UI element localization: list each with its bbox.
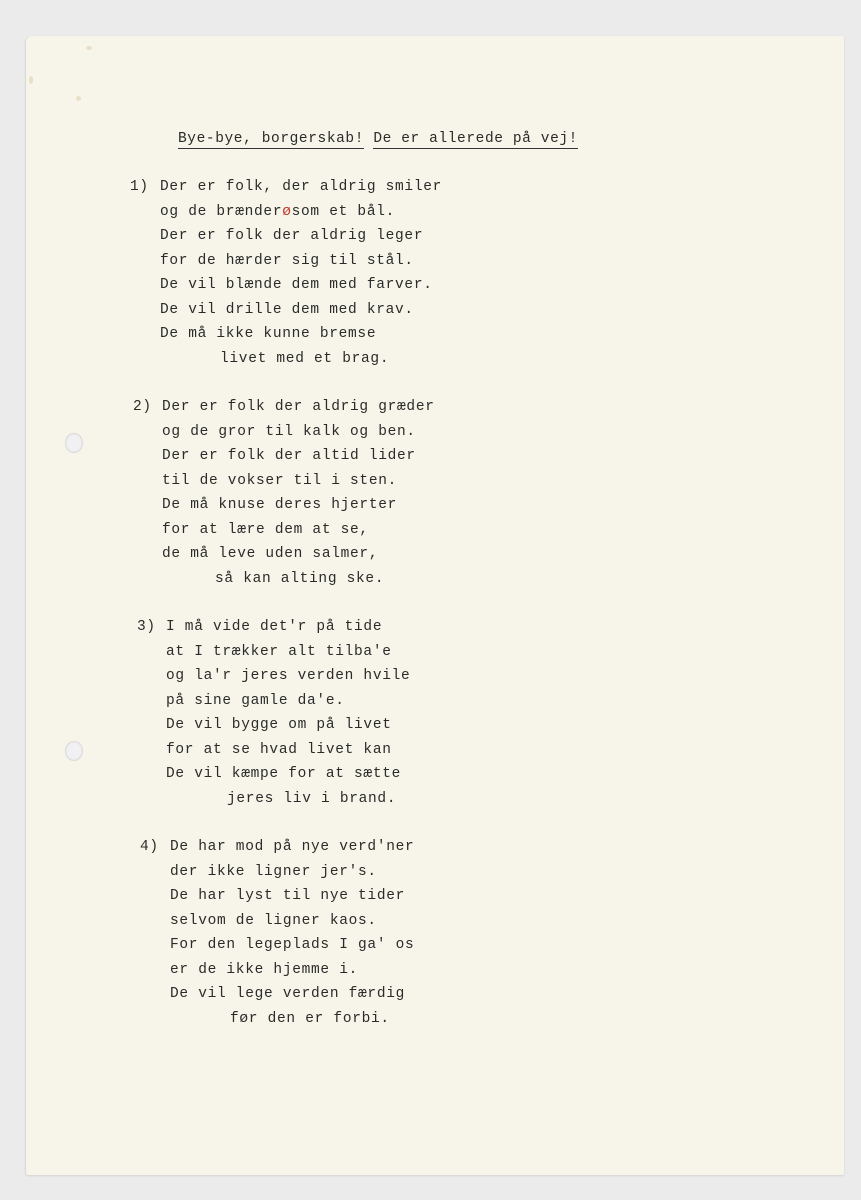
verse-line: og la'r jeres verden hvile [166,668,410,684]
verse-line: livet med et brag. [220,351,389,367]
stanza-number: 2) [133,399,152,415]
verse-line: der ikke ligner jer's. [170,864,377,880]
verse-line: jeres liv i brand. [227,791,396,807]
verse-line: selvom de ligner kaos. [170,913,377,929]
paper-sheet [26,36,844,1175]
verse-line: De har lyst til nye tider [170,888,405,904]
verse-line: De vil drille dem med krav. [160,302,414,318]
verse-line: Der er folk, der aldrig smiler [160,179,442,195]
punch-hole [65,433,83,453]
verse-line: For den legeplads I ga' os [170,937,414,953]
verse-line: for at se hvad livet kan [166,742,392,758]
verse-line: Der er folk der aldrig græder [162,399,435,415]
stanza-number: 3) [137,619,156,635]
verse-line: De vil kæmpe for at sætte [166,766,401,782]
verse-line: De har mod på nye verd'ner [170,839,414,855]
verse-line: og de gror til kalk og ben. [162,424,416,440]
verse-line: og de brænderøsom et bål. [160,204,395,220]
verse-line: De vil lege verden færdig [170,986,405,1002]
verse-fragment: og de brænder [160,204,282,220]
verse-line: på sine gamle da'e. [166,693,345,709]
paper-stain [76,96,81,101]
verse-line: de må leve uden salmer, [162,546,378,562]
verse-line: før den er forbi. [230,1011,390,1027]
verse-line: I må vide det'r på tide [166,619,382,635]
verse-line: så kan alting ske. [215,571,384,587]
verse-line: De må knuse deres hjerter [162,497,397,513]
verse-line: til de vokser til i sten. [162,473,397,489]
verse-line: De vil bygge om på livet [166,717,392,733]
verse-line: De vil blænde dem med farver. [160,277,433,293]
document-title: Bye-bye, borgerskab! De er allerede på v… [178,131,578,147]
punch-hole [65,741,83,761]
stanza-number: 4) [140,839,159,855]
stanza-number: 1) [130,179,149,195]
verse-line: Der er folk der aldrig leger [160,228,423,244]
verse-line: for at lære dem at se, [162,522,369,538]
verse-line: Der er folk der altid lider [162,448,416,464]
title-part-1: Bye-bye, borgerskab! [178,131,364,149]
verse-line: for de hærder sig til stål. [160,253,414,269]
verse-line: er de ikke hjemme i. [170,962,358,978]
verse-line: at I trækker alt tilba'e [166,644,392,660]
paper-stain [29,76,33,84]
title-part-2: De er allerede på vej! [373,131,578,149]
correction-mark: ø [282,204,291,220]
paper-stain [86,46,92,50]
verse-line: De må ikke kunne bremse [160,326,376,342]
verse-fragment: som et bål. [292,204,395,220]
